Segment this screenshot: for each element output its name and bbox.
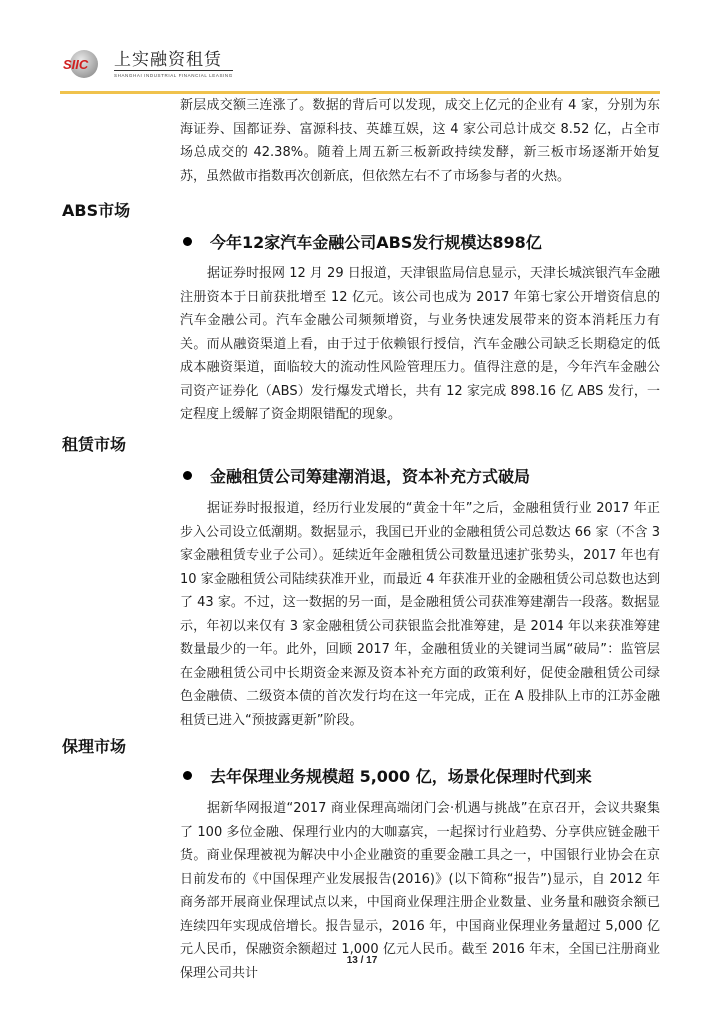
page-number: 13 / 17	[0, 955, 724, 966]
body-abs: 据证券时报网 12 月 29 日报道，天津银监局信息显示，天津长城滨银汽车金融注…	[180, 262, 660, 427]
bullet-icon	[183, 471, 192, 480]
body-leasing: 据证券时报报道，经历行业发展的“黄金十年”之后，金融租赁行业 2017 年正步入…	[180, 497, 660, 732]
headline-factoring: 去年保理业务规模超 5,000 亿，场景化保理时代到来	[180, 764, 592, 787]
company-logo: SIIC 上实融资租赁 SHANGHAI INDUSTRIAL FINANCIA…	[60, 50, 233, 78]
page-header: SIIC 上实融资租赁 SHANGHAI INDUSTRIAL FINANCIA…	[60, 44, 660, 94]
section-title-factoring: 保理市场	[62, 734, 126, 757]
bullet-icon	[183, 771, 192, 780]
company-name-cn: 上实融资租赁	[114, 51, 233, 71]
bullet-icon	[183, 237, 192, 246]
intro-paragraph: 新层成交额三连涨了。数据的背后可以发现，成交上亿元的企业有 4 家，分别为东海证…	[180, 94, 660, 188]
headline-abs: 今年12家汽车金融公司ABS发行规模达898亿	[180, 230, 542, 253]
headline-leasing: 金融租赁公司筹建潮消退，资本补充方式破局	[180, 464, 530, 487]
siic-logo-icon: SIIC	[60, 50, 110, 78]
company-name-en: SHANGHAI INDUSTRIAL FINANCIAL LEASING	[114, 73, 233, 78]
section-title-abs: ABS市场	[62, 198, 130, 221]
section-title-leasing: 租赁市场	[62, 432, 126, 455]
